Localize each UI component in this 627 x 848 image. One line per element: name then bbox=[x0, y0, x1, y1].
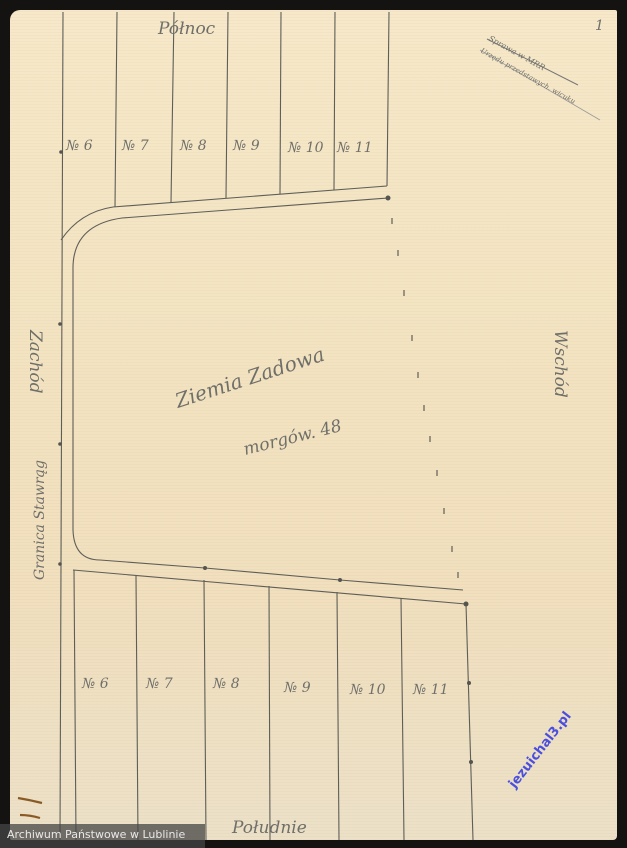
archive-credit: Archiwum Państwowe w Lublinie bbox=[7, 828, 185, 841]
north-lot-10: № 10 bbox=[287, 140, 324, 156]
south-lot-10: № 10 bbox=[349, 682, 386, 698]
north-lot-7: № 7 bbox=[121, 138, 149, 154]
west-label: Zachód bbox=[25, 329, 45, 394]
central-plot-name: Ziemia Zadowa bbox=[171, 342, 327, 413]
map-labels: 1 Sprawa w MRR Urzędu przedstawych. wicu… bbox=[0, 0, 627, 848]
north-lot-9: № 9 bbox=[232, 138, 260, 154]
south-lot-8: № 8 bbox=[212, 676, 240, 692]
north-label: Północ bbox=[157, 19, 216, 39]
south-lot-11: № 11 bbox=[412, 682, 449, 698]
south-lot-9: № 9 bbox=[283, 680, 311, 696]
south-label: Południe bbox=[231, 818, 307, 838]
south-lot-6: № 6 bbox=[81, 676, 109, 692]
north-lot-11: № 11 bbox=[336, 140, 373, 156]
east-label: Wschód bbox=[550, 330, 570, 398]
page-number: 1 bbox=[595, 18, 604, 34]
central-plot-area: morgów. 48 bbox=[241, 416, 344, 460]
map-document: 1 Sprawa w MRR Urzędu przedstawych. wicu… bbox=[0, 0, 627, 848]
south-lots: № 6 № 7 № 8 № 9 № 10 № 11 bbox=[81, 676, 449, 698]
boundary-label: Granica Stawrąg bbox=[32, 460, 48, 580]
south-lot-7: № 7 bbox=[145, 676, 173, 692]
north-lot-6: № 6 bbox=[65, 138, 93, 154]
north-lots: № 6 № 7 № 8 № 9 № 10 № 11 bbox=[65, 138, 373, 156]
north-lot-8: № 8 bbox=[179, 138, 207, 154]
